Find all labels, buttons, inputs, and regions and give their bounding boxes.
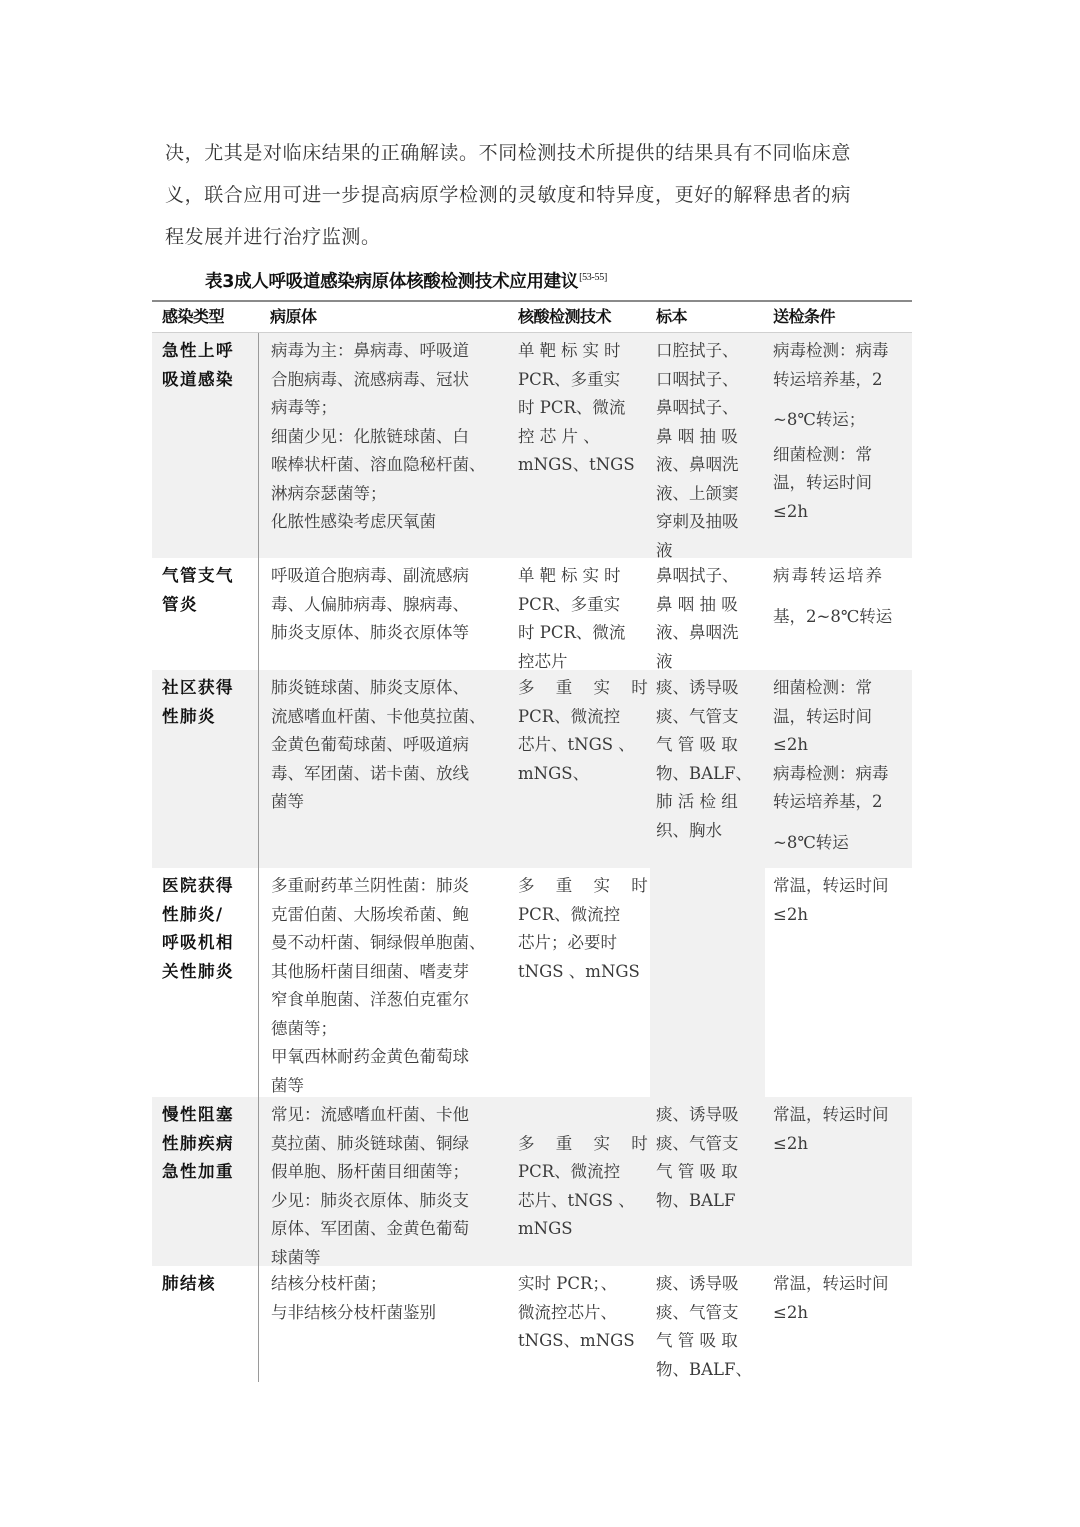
pathogen-cell: 结核分枝杆菌； 与非结核分枝杆菌鉴别 [258, 1266, 512, 1382]
pathogen-cell: 呼吸道合胞病毒、副流感病 毒、人偏肺病毒、腺病毒、 肺炎支原体、肺炎衣原体等 [258, 558, 512, 670]
infection-type-cell: 医院获得 性肺炎/ 呼吸机相 关性肺炎 [152, 868, 258, 1097]
technique-cell: 多 重 实 时 PCR、微流控 芯片、tNGS 、 mNGS、 [512, 670, 650, 868]
paragraph-line: 义，联合应用可进一步提高病原学检测的灵敏度和特异度，更好的解释患者的病 [165, 174, 917, 216]
infection-type-cell: 社区获得 性肺炎 [152, 670, 258, 868]
pathogen-detection-table: 感染类型 病原体 核酸检测技术 标本 送检条件 急性上呼 吸道感染 病毒为主：鼻… [152, 300, 912, 302]
conditions-cell: 病毒检测：病毒 转运培养基，2 ~8℃转运； 细菌检测：常 温，转运时间 ≤2h [765, 333, 912, 558]
header-conditions: 送检条件 [765, 302, 912, 332]
pathogen-cell: 多重耐药革兰阴性菌：肺炎 克雷伯菌、大肠埃希菌、鲍 曼不动杆菌、铜绿假单胞菌、 … [258, 868, 512, 1097]
table-row: 急性上呼 吸道感染 病毒为主：鼻病毒、呼吸道 合胞病毒、流感病毒、冠状 病毒等；… [152, 333, 912, 558]
table-row: 慢性阻塞 性肺疾病 急性加重 常见：流感嗜血杆菌、卡他 莫拉菌、肺炎链球菌、铜绿… [152, 1097, 912, 1266]
technique-cell: 多 重 实 时 PCR、微流控 芯片；必要时 tNGS 、mNGS [512, 868, 650, 1097]
header-pathogen: 病原体 [258, 302, 512, 332]
technique-cell: 单靶标实时 PCR、多重实 时 PCR、微流 控 芯 片 、 mNGS、tNGS [512, 333, 650, 558]
table-row: 社区获得 性肺炎 肺炎链球菌、肺炎支原体、 流感嗜血杆菌、卡他莫拉菌、 金黄色葡… [152, 670, 912, 868]
table-caption: 表3成人呼吸道感染病原体核酸检测技术应用建议[53-55] [205, 268, 607, 293]
conditions-cell: 细菌检测：常 温，转运时间 ≤2h 病毒检测：病毒 转运培养基，2 ~8℃转运 [765, 670, 912, 868]
pathogen-cell: 病毒为主：鼻病毒、呼吸道 合胞病毒、流感病毒、冠状 病毒等； 细菌少见：化脓链球… [258, 333, 512, 558]
table-row: 气管支气 管炎 呼吸道合胞病毒、副流感病 毒、人偏肺病毒、腺病毒、 肺炎支原体、… [152, 558, 912, 670]
technique-cell: 实时 PCR；、 微流控芯片、 tNGS、mNGS [512, 1266, 650, 1382]
table-row: 医院获得 性肺炎/ 呼吸机相 关性肺炎 多重耐药革兰阴性菌：肺炎 克雷伯菌、大肠… [152, 868, 912, 1097]
infection-type-cell: 急性上呼 吸道感染 [152, 333, 258, 558]
specimen-cell-empty [650, 868, 765, 1097]
paragraph-line: 决，尤其是对临床结果的正确解读。不同检测技术所提供的结果具有不同临床意 [165, 132, 917, 174]
specimen-cell: 口腔拭子、 口咽拭子、 鼻咽拭子、 鼻 咽 抽 吸 液、鼻咽洗 液、上颌窦 穿刺… [650, 333, 765, 558]
specimen-cell: 痰、诱导吸 痰、气管支 气 管 吸 取 物、BALF [650, 1097, 765, 1266]
technique-cell: 单靶标实时 PCR、多重实 时 PCR、微流 控芯片 [512, 558, 650, 670]
infection-type-cell: 肺结核 [152, 1266, 258, 1382]
technique-cell: 多 重 实 时 PCR、微流控 芯片、tNGS 、 mNGS [512, 1097, 650, 1266]
pathogen-cell: 常见：流感嗜血杆菌、卡他 莫拉菌、肺炎链球菌、铜绿 假单胞、肠杆菌目细菌等； 少… [258, 1097, 512, 1266]
paragraph-line: 程发展并进行治疗监测。 [165, 216, 917, 258]
conditions-cell: 病毒转运培养 基，2~8℃转运 [765, 558, 912, 670]
table-row: 肺结核 结核分枝杆菌； 与非结核分枝杆菌鉴别 实时 PCR；、 微流控芯片、 t… [152, 1266, 912, 1382]
specimen-cell: 痰、诱导吸 痰、气管支 气 管 吸 取 物、BALF、 肺 活 检 组 织、胸水 [650, 670, 765, 868]
header-specimen: 标本 [650, 302, 765, 332]
table-header-row: 感染类型 病原体 核酸检测技术 标本 送检条件 [152, 302, 912, 333]
table-caption-text: 表3成人呼吸道感染病原体核酸检测技术应用建议 [205, 272, 578, 292]
citation-ref: [53-55] [579, 272, 607, 283]
conditions-cell: 常温，转运时间 ≤2h [765, 868, 912, 1097]
specimen-cell: 痰、诱导吸 痰、气管支 气 管 吸 取 物、BALF、 [650, 1266, 765, 1382]
conditions-cell: 常温，转运时间 ≤2h [765, 1097, 912, 1266]
header-infection-type: 感染类型 [152, 302, 258, 332]
pathogen-cell: 肺炎链球菌、肺炎支原体、 流感嗜血杆菌、卡他莫拉菌、 金黄色葡萄球菌、呼吸道病 … [258, 670, 512, 868]
specimen-cell: 鼻咽拭子、 鼻 咽 抽 吸 液、鼻咽洗 液 [650, 558, 765, 670]
infection-type-cell: 气管支气 管炎 [152, 558, 258, 670]
header-technique: 核酸检测技术 [512, 302, 650, 332]
infection-type-cell: 慢性阻塞 性肺疾病 急性加重 [152, 1097, 258, 1266]
body-paragraph: 决，尤其是对临床结果的正确解读。不同检测技术所提供的结果具有不同临床意 义，联合… [165, 132, 917, 258]
conditions-cell: 常温，转运时间 ≤2h [765, 1266, 912, 1382]
